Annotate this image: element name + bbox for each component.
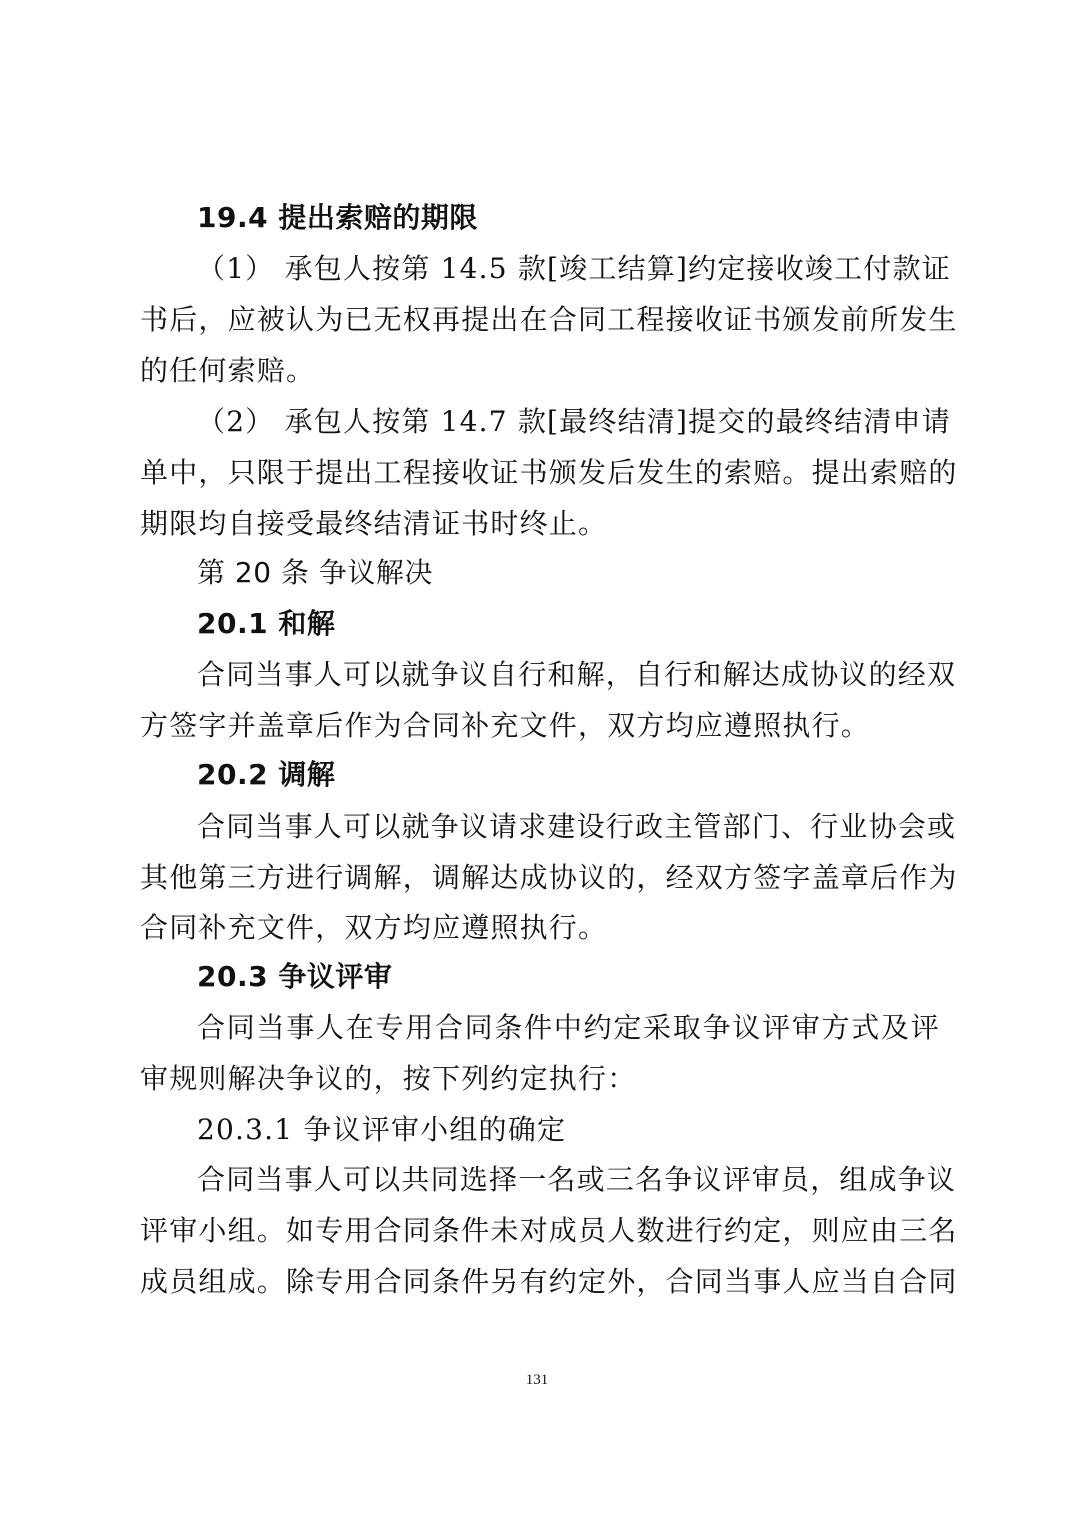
paragraph-line: 审规则解决争议的，按下列约定执行：	[140, 1054, 940, 1104]
section-heading-20-1: 20.1 和解	[197, 599, 940, 649]
paragraph-line: 合同当事人可以就争议自行和解，自行和解达成协议的经双	[197, 650, 940, 700]
document-page: 19.4 提出索赔的期限 （1） 承包人按第 14.5 款[竣工结算]约定接收竣…	[0, 0, 1074, 1520]
paragraph-line: 合同补充文件，双方均应遵照执行。	[140, 903, 940, 953]
paragraph-line: 期限均自接受最终结清证书时终止。	[140, 499, 940, 549]
paragraph-line: 成员组成。除专用合同条件另有约定外，合同当事人应当自合同	[140, 1257, 940, 1307]
paragraph-line: （2） 承包人按第 14.7 款[最终结清]提交的最终结清申请	[197, 397, 940, 447]
paragraph-line: 的任何索赔。	[140, 346, 940, 396]
paragraph-line: 合同当事人可以就争议请求建设行政主管部门、行业协会或	[197, 802, 940, 852]
paragraph-line: 合同当事人可以共同选择一名或三名争议评审员，组成争议	[197, 1155, 940, 1205]
page-number: 131	[0, 1372, 1074, 1389]
subsection-heading-20-3-1: 20.3.1 争议评审小组的确定	[197, 1105, 940, 1155]
article-heading-20: 第 20 条 争议解决	[197, 548, 940, 598]
section-heading-20-2: 20.2 调解	[197, 750, 940, 800]
paragraph-line: 其他第三方进行调解，调解达成协议的，经双方签字盖章后作为	[140, 853, 940, 903]
paragraph-line: 方签字并盖章后作为合同补充文件，双方均应遵照执行。	[140, 701, 940, 751]
paragraph-line: 单中，只限于提出工程接收证书颁发后发生的索赔。提出索赔的	[140, 448, 940, 498]
paragraph-line: （1） 承包人按第 14.5 款[竣工结算]约定接收竣工付款证	[197, 244, 940, 294]
paragraph-line: 评审小组。如专用合同条件未对成员人数进行约定，则应由三名	[140, 1206, 940, 1256]
paragraph-line: 书后，应被认为已无权再提出在合同工程接收证书颁发前所发生	[140, 295, 940, 345]
section-heading-20-3: 20.3 争议评审	[197, 952, 940, 1002]
section-heading-19-4: 19.4 提出索赔的期限	[197, 193, 940, 243]
paragraph-line: 合同当事人在专用合同条件中约定采取争议评审方式及评	[197, 1003, 940, 1053]
